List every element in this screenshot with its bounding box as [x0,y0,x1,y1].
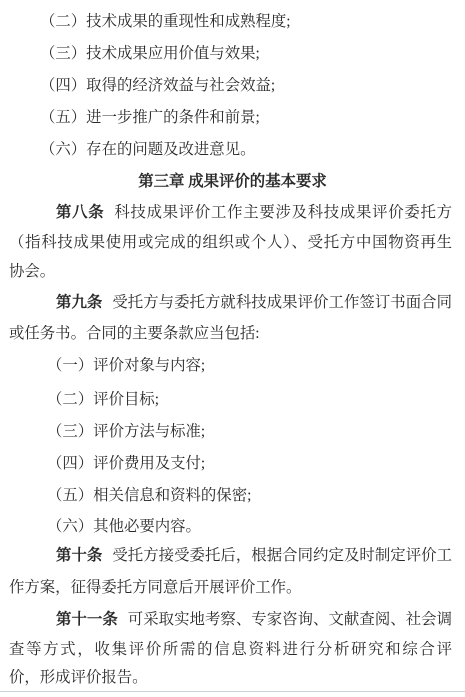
article-number-label: 第八条 [56,204,104,221]
document-page: （二）技术成果的重现性和成熟程度;（三）技术成果应用价值与效果;（四）取得的经济… [0,0,465,697]
article-text: 可采取实地考察、专家咨询、文献查阅、社会调 [128,611,452,628]
text-line: （三）评价方法与标准; [47,417,452,447]
text-line: 作方案，征得委托方同意后开展评价工作。 [9,573,452,603]
article-text: 受托方与委托方就科技成果评价工作签订书面合同 [112,294,452,311]
text-line: 第九条受托方与委托方就科技成果评价工作签订书面合同 [9,288,452,318]
text-line: （四）评价费用及支付; [47,449,452,479]
text-line: 协会。 [9,257,452,287]
text-line: （六）其他必要内容。 [47,512,452,542]
text-line: 或任务书。合同的主要条款应当包括: [9,319,452,349]
text-line: （五）进一步推广的条件和前景; [40,103,452,133]
text-line: （四）取得的经济效益与社会效益; [40,71,452,101]
text-line: （五）相关信息和资料的保密; [47,481,452,511]
text-line: （一）评价对象与内容; [47,351,452,381]
text-line: 第十一条可采取实地考察、专家咨询、文献查阅、社会调 [9,605,452,635]
article-number-label: 第九条 [56,294,102,311]
text-line: 第八条科技成果评价工作主要涉及科技成果评价委托方 [9,198,452,228]
chapter-heading: 第三章 成果评价的基本要求 [0,167,465,197]
text-line: （六）存在的问题及改进意见。 [40,135,452,165]
article-text: 科技成果评价工作主要涉及科技成果评价委托方 [114,204,452,221]
text-line: （二）评价目标; [47,385,452,415]
article-number-label: 第十一条 [56,611,118,628]
page-bottom-divider [0,691,465,692]
article-text: 受托方接受委托后，根据合同约定及时制定评价工 [112,547,452,564]
text-line: （三）技术成果应用价值与效果; [40,39,452,69]
text-line: （指科技成果使用或完成的组织或个人）、受托方中国物资再生 [9,228,452,258]
article-number-label: 第十条 [56,547,102,564]
text-line: 价，形成评价报告。 [9,663,452,693]
text-line: （二）技术成果的重现性和成熟程度; [40,7,452,37]
text-line: 查等方式，收集评价所需的信息资料进行分析研究和综合评 [9,635,452,665]
text-line: 第十条受托方接受委托后，根据合同约定及时制定评价工 [9,541,452,571]
